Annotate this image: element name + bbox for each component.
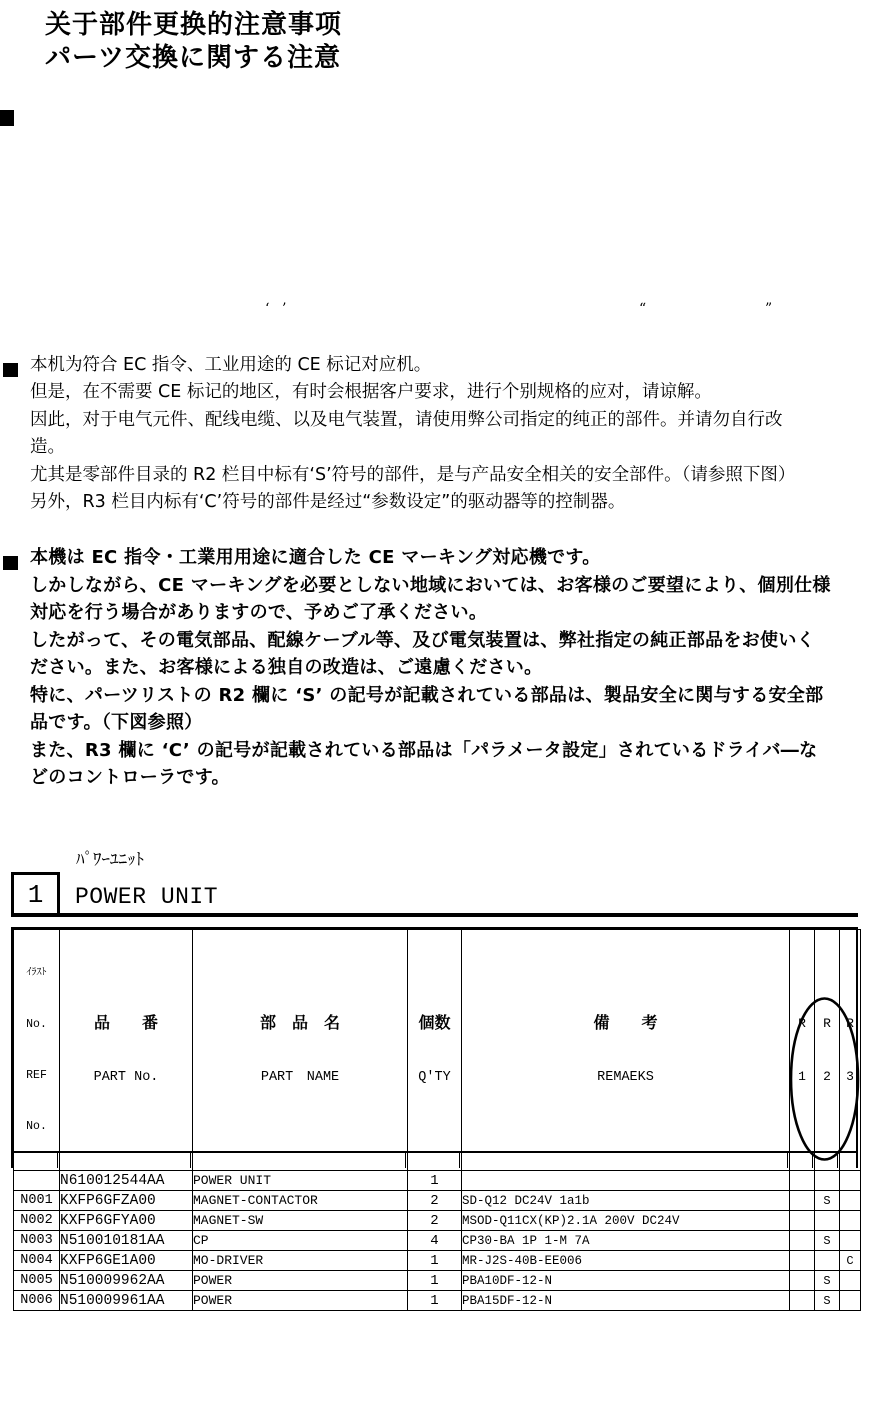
cell-r1	[790, 1291, 815, 1311]
parts-table: ｲﾗｽﾄ No. REF No. 品 番 PART No. 部 品 名 PART…	[13, 929, 861, 1311]
cell-part-no: N510009961AA	[60, 1291, 193, 1311]
r2-column-highlight-ellipse	[789, 996, 860, 1162]
cell-remarks: SD-Q12 DC24V 1a1b	[462, 1191, 790, 1211]
notice-line: 因此，对于电气元件、配线电缆、以及电气装置，请使用弊公司指定的纯正的部件。并请勿…	[30, 407, 795, 434]
cell-remarks: MR-J2S-40B-EE006	[462, 1251, 790, 1271]
table-rule	[405, 1153, 406, 1168]
cell-r2: S	[815, 1191, 840, 1211]
cell-ref: N005	[14, 1271, 60, 1291]
table-row: N002 KXFP6GFYA00 MAGNET-SW 2 MSOD-Q11CX(…	[14, 1211, 861, 1231]
cell-part-no: N510009962AA	[60, 1271, 193, 1291]
section-marker-icon	[0, 110, 14, 126]
section-underline	[11, 913, 858, 917]
cell-r3	[840, 1211, 861, 1231]
partial-row-lines	[11, 1153, 858, 1168]
cell-r3	[840, 1231, 861, 1251]
table-row: N004 KXFP6GE1A00 MO-DRIVER 1 MR-J2S-40B-…	[14, 1251, 861, 1271]
cell-r1	[790, 1211, 815, 1231]
cell-part-no: N510010181AA	[60, 1231, 193, 1251]
table-row: N001 KXFP6GFZA00 MAGNET-CONTACTOR 2 SD-Q…	[14, 1191, 861, 1211]
parts-section-number-box: 1	[11, 872, 60, 917]
stray-close-single-quote: ’	[282, 301, 286, 317]
cell-qty: 2	[408, 1211, 462, 1231]
cell-qty: 4	[408, 1231, 462, 1251]
section-marker-icon	[3, 556, 18, 570]
cell-r3: C	[840, 1251, 861, 1271]
cell-part-name: MAGNET-SW	[193, 1211, 408, 1231]
stray-close-double-quote: ”	[765, 301, 772, 317]
cell-qty: 2	[408, 1191, 462, 1211]
cell-ref: N006	[14, 1291, 60, 1311]
cell-remarks: PBA10DF-12-N	[462, 1271, 790, 1291]
cell-remarks: CP30-BA 1P 1-M 7A	[462, 1231, 790, 1251]
cell-ref: N004	[14, 1251, 60, 1271]
parts-table-frame: ｲﾗｽﾄ No. REF No. 品 番 PART No. 部 品 名 PART…	[11, 927, 858, 1153]
table-rule	[57, 1153, 58, 1168]
cell-part-no: N610012544AA	[60, 1171, 193, 1191]
cell-part-no: KXFP6GFZA00	[60, 1191, 193, 1211]
notice-line: 尤其是零部件目录的 R2 栏目中标有‘S’符号的部件，是与产品安全相关的安全部件…	[30, 462, 795, 489]
notice-line: 但是，在不需要 CE 标记的地区，有时会根据客户要求，进行个别规格的应对，请谅解…	[30, 379, 795, 406]
cell-r2	[815, 1171, 840, 1191]
cell-qty: 1	[408, 1291, 462, 1311]
cell-remarks: MSOD-Q11CX(KP)2.1A 200V DC24V	[462, 1211, 790, 1231]
cell-r2	[815, 1211, 840, 1231]
column-header-part-no: 品 番 PART No.	[60, 930, 193, 1171]
table-row: N006 N510009961AA POWER 1 PBA15DF-12-N S	[14, 1291, 861, 1311]
notice-line: ださい。また、お客様による独自の改造は、ご遠慮ください。	[30, 654, 831, 682]
notice-line: 品です。（下図参照）	[30, 709, 831, 737]
notice-line: 対応を行う場合がありますので、予めご了承ください。	[30, 599, 831, 627]
notice-line: 造。	[30, 434, 795, 461]
parts-section-kana-label: ﾊﾟﾜｰﾕﾆｯﾄ	[76, 845, 144, 871]
cell-part-no: KXFP6GE1A00	[60, 1251, 193, 1271]
cell-ref: N003	[14, 1231, 60, 1251]
notice-line: また、R3 欄に ‘C’ の記号が記載されている部品は「パラメータ設定」されてい…	[30, 737, 831, 765]
notice-line: 本機は EC 指令・工業用用途に適合した CE マーキング対応機です。	[30, 544, 831, 572]
cell-r1	[790, 1191, 815, 1211]
cell-r3	[840, 1171, 861, 1191]
page-title-ja: パーツ交換に関する注意	[45, 37, 341, 74]
cell-r3	[840, 1191, 861, 1211]
cell-r2: S	[815, 1271, 840, 1291]
notice-line: しかしながら、CE マーキングを必要としない地域においては、お客様のご要望により…	[30, 572, 831, 600]
cell-r2: S	[815, 1231, 840, 1251]
section-marker-icon	[3, 363, 18, 377]
notice-paragraph-ja: 本機は EC 指令・工業用用途に適合した CE マーキング対応機です。 しかしな…	[30, 544, 831, 792]
cell-r2	[815, 1251, 840, 1271]
table-rule	[459, 1153, 460, 1168]
cell-ref	[14, 1171, 60, 1191]
cell-r3	[840, 1271, 861, 1291]
table-rule	[11, 1153, 13, 1168]
cell-part-no: KXFP6GFYA00	[60, 1211, 193, 1231]
cell-qty: 1	[408, 1271, 462, 1291]
cell-remarks	[462, 1171, 790, 1191]
column-header-ref: ｲﾗｽﾄ No. REF No.	[14, 930, 60, 1171]
cell-remarks: PBA15DF-12-N	[462, 1291, 790, 1311]
column-header-remarks: 備 考 REMAEKS	[462, 930, 790, 1171]
cell-r1	[790, 1171, 815, 1191]
table-row: N005 N510009962AA POWER 1 PBA10DF-12-N S	[14, 1271, 861, 1291]
cell-r1	[790, 1271, 815, 1291]
cell-r1	[790, 1231, 815, 1251]
page-title-zh: 关于部件更换的注意事项	[45, 4, 342, 41]
notice-line: 特に、パーツリストの R2 欄に ‘S’ の記号が記載されている部品は、製品安全…	[30, 682, 831, 710]
notice-line: したがって、その電気部品、配線ケーブル等、及び電気装置は、弊社指定の純正部品をお…	[30, 627, 831, 655]
column-header-part-name: 部 品 名 PART NAME	[193, 930, 408, 1171]
cell-qty: 1	[408, 1171, 462, 1191]
table-row: N610012544AA POWER UNIT 1	[14, 1171, 861, 1191]
cell-r2: S	[815, 1291, 840, 1311]
notice-line: 本机为符合 EC 指令、工业用途的 CE 标记对应机。	[30, 352, 795, 379]
stray-open-double-quote: “	[639, 301, 646, 317]
cell-qty: 1	[408, 1251, 462, 1271]
notice-paragraph-zh: 本机为符合 EC 指令、工业用途的 CE 标记对应机。 但是，在不需要 CE 标…	[30, 352, 795, 516]
cell-part-name: POWER UNIT	[193, 1171, 408, 1191]
cell-r1	[790, 1251, 815, 1271]
cell-part-name: POWER	[193, 1271, 408, 1291]
notice-line: 另外，R3 栏目内标有‘C’符号的部件是经过“参数设定”的驱动器等的控制器。	[30, 489, 795, 516]
table-rule	[190, 1153, 191, 1168]
cell-part-name: POWER	[193, 1291, 408, 1311]
cell-part-name: CP	[193, 1231, 408, 1251]
column-header-qty: 個数 Q'TY	[408, 930, 462, 1171]
cell-r3	[840, 1291, 861, 1311]
cell-part-name: MAGNET-CONTACTOR	[193, 1191, 408, 1211]
table-header-row: ｲﾗｽﾄ No. REF No. 品 番 PART No. 部 品 名 PART…	[14, 930, 861, 1171]
cell-part-name: MO-DRIVER	[193, 1251, 408, 1271]
stray-open-single-quote: ‘	[265, 301, 269, 317]
document-page: 关于部件更换的注意事项 パーツ交換に関する注意 ‘ ’ “ ” 本机为符合 EC…	[0, 0, 869, 1403]
parts-section-number: 1	[28, 880, 44, 910]
notice-line: どのコントローラです。	[30, 764, 831, 792]
parts-section-title: POWER UNIT	[75, 884, 218, 910]
table-rule	[787, 1153, 788, 1168]
cell-ref: N001	[14, 1191, 60, 1211]
cell-ref: N002	[14, 1211, 60, 1231]
table-row: N003 N510010181AA CP 4 CP30-BA 1P 1-M 7A…	[14, 1231, 861, 1251]
